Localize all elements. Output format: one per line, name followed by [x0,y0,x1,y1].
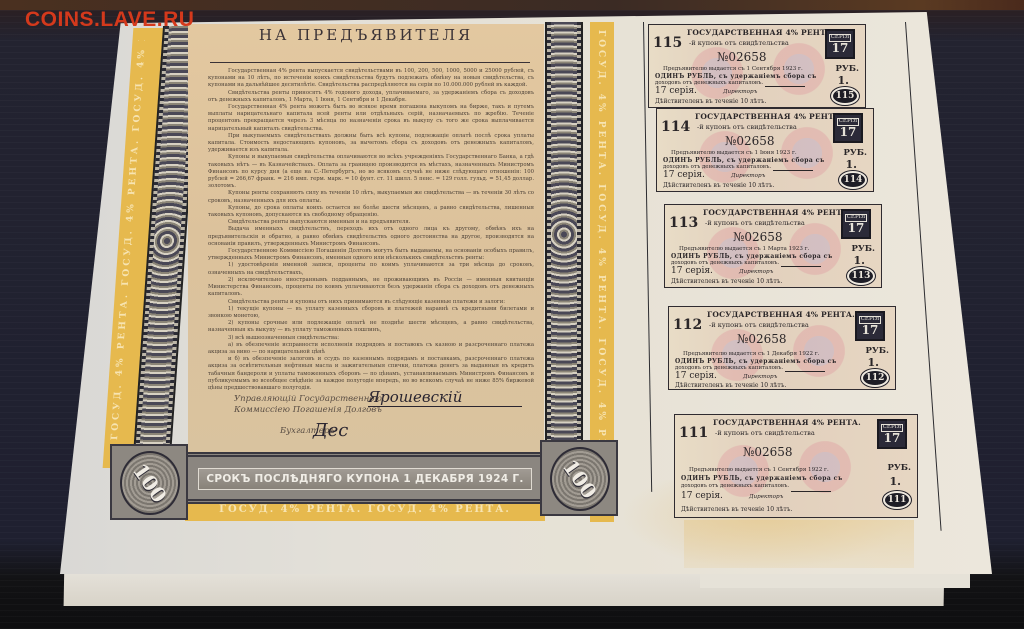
coupon-currency: РУБ. [843,148,867,158]
coupon-header: ГОСУДАРСТВЕННАЯ 4% РЕНТА. [707,310,855,319]
coupon-subtitle: -й купонъ отъ свидѣтельства [689,39,789,47]
coupon-series: 17 серія. [663,170,705,180]
coupon-director-label: Директоръ [731,173,765,179]
coupon-validity: Дѣйствителенъ въ теченіе 10 лѣтъ. [671,278,782,285]
series-box-value: 17 [832,42,849,54]
series-box: СЕРІЯ 17 [841,209,871,239]
signatory-title-line: Коммиссіею Погашенія Долговъ [234,405,382,416]
terms-paragraph: Купоны, до срока оплаты коихъ остается н… [208,205,534,219]
medallion-oval: 100 [120,451,180,515]
terms-paragraph: Купоны и выкупаемыя свидѣтельства оплачи… [208,154,534,190]
director-signature [781,266,821,267]
terms-paragraph: Свидѣтельства ренты и купоны отъ нихъ пр… [208,299,534,306]
coupon-pay-line: Предъявителю выдается съ 1 Декабря 1922 … [683,351,819,357]
coupon-114: 114 ГОСУДАРСТВЕННАЯ 4% РЕНТА. -й купонъ … [656,108,874,192]
coupon-pay-line: Предъявителю выдается съ 1 Іюня 1923 г. [671,150,797,156]
terms-paragraph: 2) исключительно иностраннымъ подданнымъ… [208,277,534,299]
coupon-number: 112 [673,317,702,333]
coupon-serial: №02658 [733,230,783,244]
coupon-director-label: Директоръ [743,374,777,380]
coupon-subtitle: -й купонъ отъ свидѣтельства [715,429,815,437]
coupon-serial: №02658 [717,50,767,64]
denomination-value: 100 [558,455,602,503]
series-box: СЕРІЯ 17 [833,113,863,143]
coupon-number: 111 [679,425,708,441]
coupon-amount-line: ОДИНЪ РУБЛЬ, съ удержаніемъ сбора съ [681,475,843,482]
series-box: СЕРІЯ 17 [877,419,907,449]
coupon-serial: №02658 [725,134,775,148]
denomination-medallion-right: 100 [540,440,618,516]
coupon-value: 1. [868,356,879,369]
signatory-title-line: Управляющій Государственною [234,394,382,405]
site-watermark: COINS.LAVE.RU [25,8,194,32]
terms-paragraph: Государственною Коммиссіею Погашенія Дол… [208,248,534,262]
medallion-oval: 100 [550,447,610,511]
last-coupon-text: СРОКЪ ПОСЛѢДНЯГО КУПОНА 1 ДЕКАБРЯ 1924 Г… [198,468,532,490]
coupon-number: 113 [669,215,698,231]
terms-paragraph: Государственная 4% рента можетъ быть во … [208,104,534,133]
certificate-title: НА ПРЕДЪЯВИТЕЛЯ [188,26,544,44]
terms-paragraph: Купоны ренты сохраняютъ силу въ теченіи … [208,190,534,204]
last-coupon-banner: СРОКЪ ПОСЛѢДНЯГО КУПОНА 1 ДЕКАБРЯ 1924 Г… [188,452,542,504]
denomination-medallion-left: 100 [110,444,188,520]
coupon-subtitle: -й купонъ отъ свидѣтельства [697,123,797,131]
director-signature [773,170,813,171]
coupon-amount-line: ОДИНЪ РУБЛЬ, съ удержаніемъ сбора съ [671,253,833,260]
terms-paragraph: Выдача именныхъ свидѣтельствъ, переходъ … [208,226,534,248]
coupon-series: 17 серія. [675,371,717,381]
ornamental-border-right [545,22,583,447]
terms-paragraph: 1) удостовѣренія именной записи, процент… [208,262,534,276]
coupon-serial: №02658 [743,445,793,459]
coupon-pay-line: Предъявителю выдается съ 1 Сентября 1923… [663,66,803,72]
signatory-title: Управляющій Государственною Коммиссіею П… [234,394,382,416]
coupon-director-label: Директоръ [749,494,783,500]
coupon-value: 1. [838,74,849,87]
terms-paragraph: Свидѣтельства ренты приносятъ 4% годовог… [208,90,534,104]
title-divider [210,62,530,63]
coupon-series: 17 серія. [681,491,723,501]
coupon-pay-line: Предъявителю выдается съ 1 Марта 1923 г. [679,246,809,252]
coupon-value: 1. [854,254,865,267]
coupon-number-badge: 115 [831,87,859,105]
coupon-amount-line: ОДИНЪ РУБЛЬ, съ удержаніемъ сбора съ [655,73,817,80]
manager-signature: Ярошевскій [368,388,522,407]
series-box: СЕРІЯ 17 [825,29,855,59]
coupon-header: ГОСУДАРСТВЕННАЯ 4% РЕНТА. [713,418,861,427]
coupon-header: ГОСУДАРСТВЕННАЯ 4% РЕНТА. [703,208,851,217]
coupon-number-badge: 111 [883,491,911,509]
coupon-header: ГОСУДАРСТВЕННАЯ 4% РЕНТА. [687,28,835,37]
coupon-amount-line: ОДИНЪ РУБЛЬ, съ удержаніемъ сбора съ [675,358,837,365]
terms-paragraph: 2) купоны срочные или подлежащіе оплатѣ … [208,320,534,334]
certificate-body: НА ПРЕДЪЯВИТЕЛЯ Государственная 4% рента… [188,24,544,459]
gold-border-right-text: ГОСУД. 4% РЕНТА. ГОСУД. 4% РЕНТА. ГОСУД.… [596,30,606,510]
coupon-112: 112 ГОСУДАРСТВЕННАЯ 4% РЕНТА. -й купонъ … [668,306,896,390]
coupon-number-badge: 114 [839,171,867,189]
coupon-validity: Дѣйствителенъ въ теченіе 10 лѣтъ. [675,382,786,389]
terms-paragraph: 1) текущіе купоны — въ уплату казенныхъ … [208,306,534,320]
coupon-validity: Дѣйствителенъ въ теченіе 10 лѣтъ. [655,98,766,105]
terms-paragraph: и б) въ обезпеченіе залоговъ и ссудъ по … [208,356,534,392]
coupon-111: 111 ГОСУДАРСТВЕННАЯ 4% РЕНТА. -й купонъ … [674,414,918,518]
coupon-currency: РУБ. [835,64,859,74]
coupon-amount-line: ОДИНЪ РУБЛЬ, съ удержаніемъ сбора съ [663,157,825,164]
coupon-subtitle: -й купонъ отъ свидѣтельства [709,321,809,329]
coupon-validity: Дѣйствителенъ въ теченіе 10 лѣтъ. [663,182,774,189]
coupon-director-label: Директоръ [723,89,757,95]
coupon-currency: РУБ. [887,463,911,473]
coupon-series: 17 серія. [671,266,713,276]
series-box-value: 17 [848,222,865,234]
coupon-currency: РУБ. [865,346,889,356]
coupon-value: 1. [846,158,857,171]
terms-paragraph: а) въ обезпеченіе исправности исполненія… [208,342,534,356]
coupon-tax-line: доходовъ отъ денежныхъ капиталовъ. [681,483,789,489]
director-signature [765,86,805,87]
series-box-value: 17 [862,324,879,336]
gold-border-bottom-text: ГОСУД. 4% РЕНТА. ГОСУД. 4% РЕНТА. [190,504,540,515]
certificate-terms-text: Государственная 4% рента выпускается сви… [208,68,534,392]
coupon-number: 114 [661,119,690,135]
series-box: СЕРІЯ 17 [855,311,885,341]
coupon-pay-line: Предъявителю выдается съ 1 Сентября 1922… [689,467,829,473]
coupon-director-label: Директоръ [739,269,773,275]
coupon-113: 113 ГОСУДАРСТВЕННАЯ 4% РЕНТА. -й купонъ … [664,204,882,288]
coupon-series: 17 серія. [655,86,697,96]
coupon-currency: РУБ. [851,244,875,254]
coupon-header: ГОСУДАРСТВЕННАЯ 4% РЕНТА. [695,112,843,121]
coupon-value: 1. [890,475,901,488]
accountant-signature: Дес [313,420,348,441]
coupon-number-badge: 112 [861,369,889,387]
series-box-value: 17 [840,126,857,138]
coupon-validity: Дѣйствителенъ въ теченіе 10 лѣтъ. [681,506,792,513]
director-signature [785,371,825,372]
terms-paragraph: Государственная 4% рента выпускается сви… [208,68,534,90]
coupon-number-badge: 113 [847,267,875,285]
coupon-subtitle: -й купонъ отъ свидѣтельства [705,219,805,227]
denomination-value: 100 [128,459,172,507]
coupon-serial: №02658 [737,332,787,346]
terms-paragraph: 3) всѣ вышеозначенныя свидѣтельства: [208,335,534,342]
terms-paragraph: При выкупаемыхъ свидѣтельствахъ должны б… [208,133,534,155]
coupon-number: 115 [653,35,682,51]
series-box-value: 17 [884,432,901,444]
coupon-115: 115 ГОСУДАРСТВЕННАЯ 4% РЕНТА. -й купонъ … [648,24,866,108]
director-signature [791,491,831,492]
detached-coupon-stub-stain [684,520,914,568]
